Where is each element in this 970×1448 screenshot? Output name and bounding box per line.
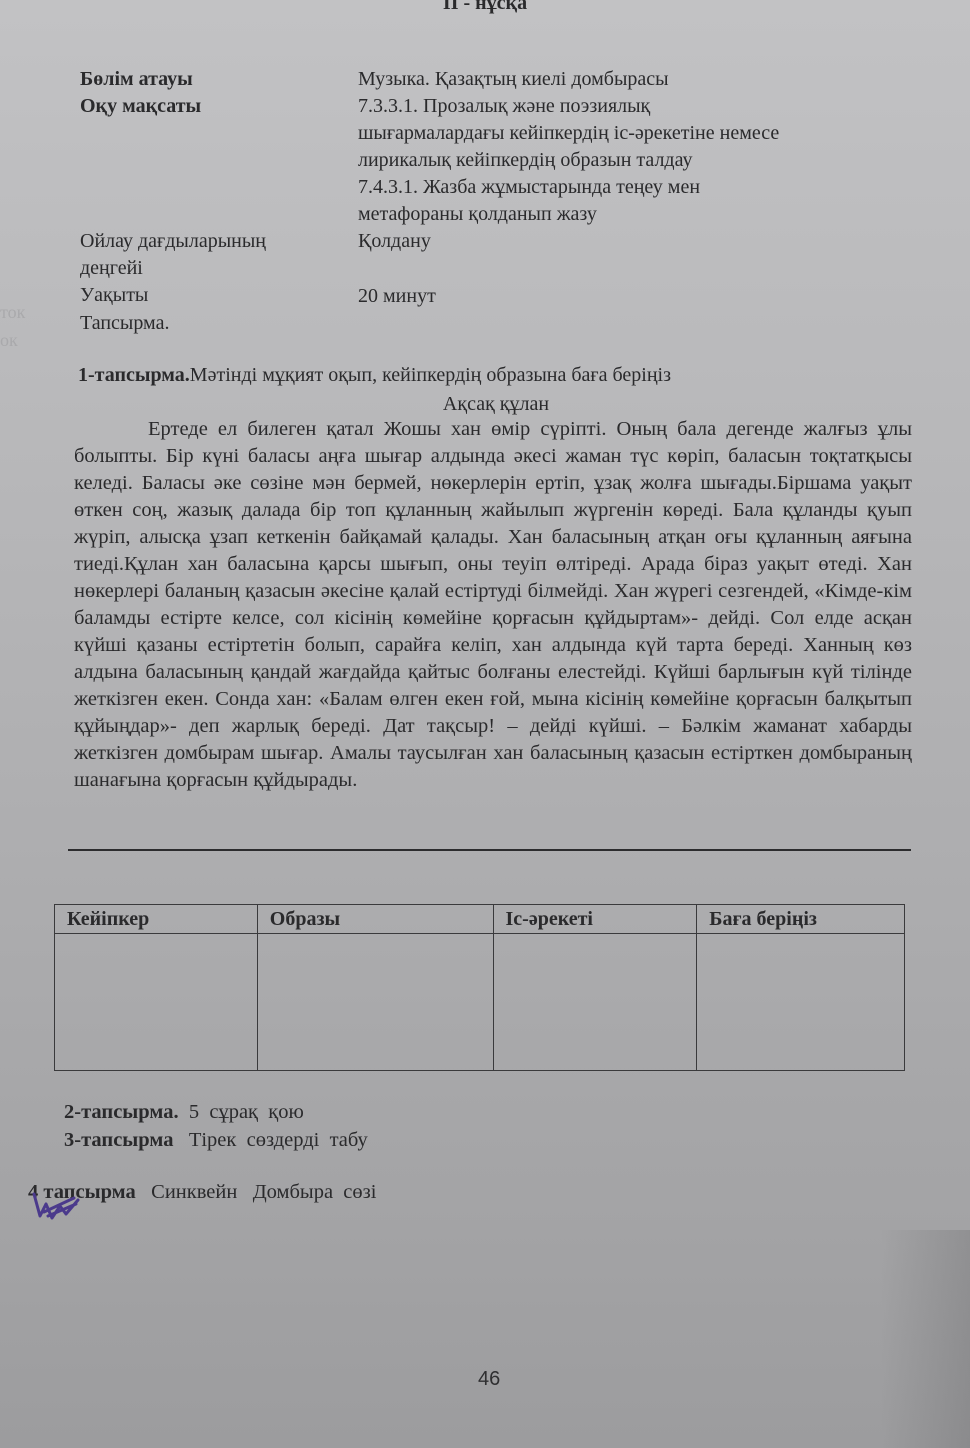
bleed-through-text: токок bbox=[0, 298, 25, 354]
task-2: 2-тапсырма. 5 сұрақ қою bbox=[64, 1098, 368, 1126]
task-4-text: Синквейн Домбыра сөзі bbox=[136, 1181, 377, 1203]
story-divider bbox=[68, 849, 911, 851]
table-cell-actions[interactable] bbox=[493, 934, 697, 1071]
meta-label: Ойлау дағдыларының деңгейі bbox=[80, 228, 358, 282]
meta-value-line: лирикалық кейіпкердің образын талдау bbox=[358, 147, 880, 174]
meta-value: Қолдану bbox=[358, 228, 880, 282]
meta-label: Уақыты bbox=[80, 282, 358, 310]
variant-title: II - нұсқа bbox=[0, 0, 970, 15]
character-analysis-table: Кейіпкер Образы Іс-әрекеті Баға беріңіз bbox=[54, 904, 905, 1071]
meta-value-line: 20 минут bbox=[358, 283, 880, 310]
meta-value: 7.3.3.1. Прозалық және поэзиялық шығарма… bbox=[358, 93, 880, 228]
task-2-text: 5 сұрақ қою bbox=[179, 1101, 304, 1123]
table-cell-character[interactable] bbox=[55, 934, 258, 1071]
table-header-row: Кейіпкер Образы Іс-әрекеті Баға беріңіз bbox=[55, 905, 905, 934]
page-shadow bbox=[880, 1230, 970, 1448]
meta-row-thinking-level: Ойлау дағдыларының деңгейі Қолдану bbox=[80, 228, 880, 282]
meta-value: Музыка. Қазақтың киелі домбырасы bbox=[358, 66, 880, 93]
column-header-character: Кейіпкер bbox=[55, 905, 258, 934]
task-list: 2-тапсырма. 5 сұрақ қою 3-тапсырма Тірек… bbox=[64, 1098, 368, 1154]
meta-row-objective: Оқу мақсаты 7.3.3.1. Прозалық және поэзи… bbox=[80, 93, 880, 228]
table-cell-evaluation[interactable] bbox=[697, 934, 905, 1071]
lesson-meta: Бөлім атауы Музыка. Қазақтың киелі домбы… bbox=[80, 66, 880, 337]
meta-value-line: метафораны қолданып жазу bbox=[358, 201, 880, 228]
table-row bbox=[55, 934, 905, 1071]
meta-label-line: деңгейі bbox=[80, 255, 358, 282]
column-header-evaluation: Баға беріңіз bbox=[697, 905, 905, 934]
task-2-label: 2-тапсырма. bbox=[64, 1101, 179, 1123]
meta-label: Тапсырма. bbox=[80, 310, 358, 337]
task-1-text: Мәтінді мұқият оқып, кейіпкердің образын… bbox=[190, 364, 671, 386]
meta-label: Бөлім атауы bbox=[80, 66, 358, 93]
meta-value: 20 минут bbox=[358, 282, 880, 310]
column-header-image: Образы bbox=[257, 905, 493, 934]
meta-value-line: 7.3.3.1. Прозалық және поэзиялық bbox=[358, 93, 880, 120]
meta-row-section: Бөлім атауы Музыка. Қазақтың киелі домбы… bbox=[80, 66, 880, 93]
pen-scribble-icon bbox=[26, 1186, 86, 1226]
meta-value bbox=[358, 310, 880, 337]
story-text: Ертеде ел билеген қатал Жошы хан өмір сү… bbox=[74, 416, 912, 794]
task-3-label: 3-тапсырма bbox=[64, 1129, 173, 1151]
task-1: 1-тапсырма.Мәтінді мұқият оқып, кейіпкер… bbox=[78, 364, 671, 387]
story-title: Ақсақ құлан bbox=[0, 393, 970, 416]
meta-row-task: Тапсырма. bbox=[80, 310, 880, 337]
meta-label-line: Ойлау дағдыларының bbox=[80, 228, 358, 255]
meta-value-line: шығармалардағы кейіпкердің іс-әрекетіне … bbox=[358, 120, 880, 147]
task-3: 3-тапсырма Тірек сөздерді табу bbox=[64, 1126, 368, 1154]
task-1-label: 1-тапсырма. bbox=[78, 364, 190, 386]
meta-value-line: 7.4.3.1. Жазба жұмыстарында теңеу мен bbox=[358, 174, 880, 201]
page-number: 46 bbox=[478, 1368, 500, 1391]
meta-value-line: Қолдану bbox=[358, 228, 880, 255]
table-cell-image[interactable] bbox=[257, 934, 493, 1071]
task-3-text: Тірек сөздерді табу bbox=[173, 1129, 367, 1151]
column-header-actions: Іс-әрекеті bbox=[493, 905, 697, 934]
meta-label: Оқу мақсаты bbox=[80, 93, 358, 228]
meta-row-time: Уақыты 20 минут bbox=[80, 282, 880, 310]
meta-value-line: Музыка. Қазақтың киелі домбырасы bbox=[358, 66, 880, 93]
